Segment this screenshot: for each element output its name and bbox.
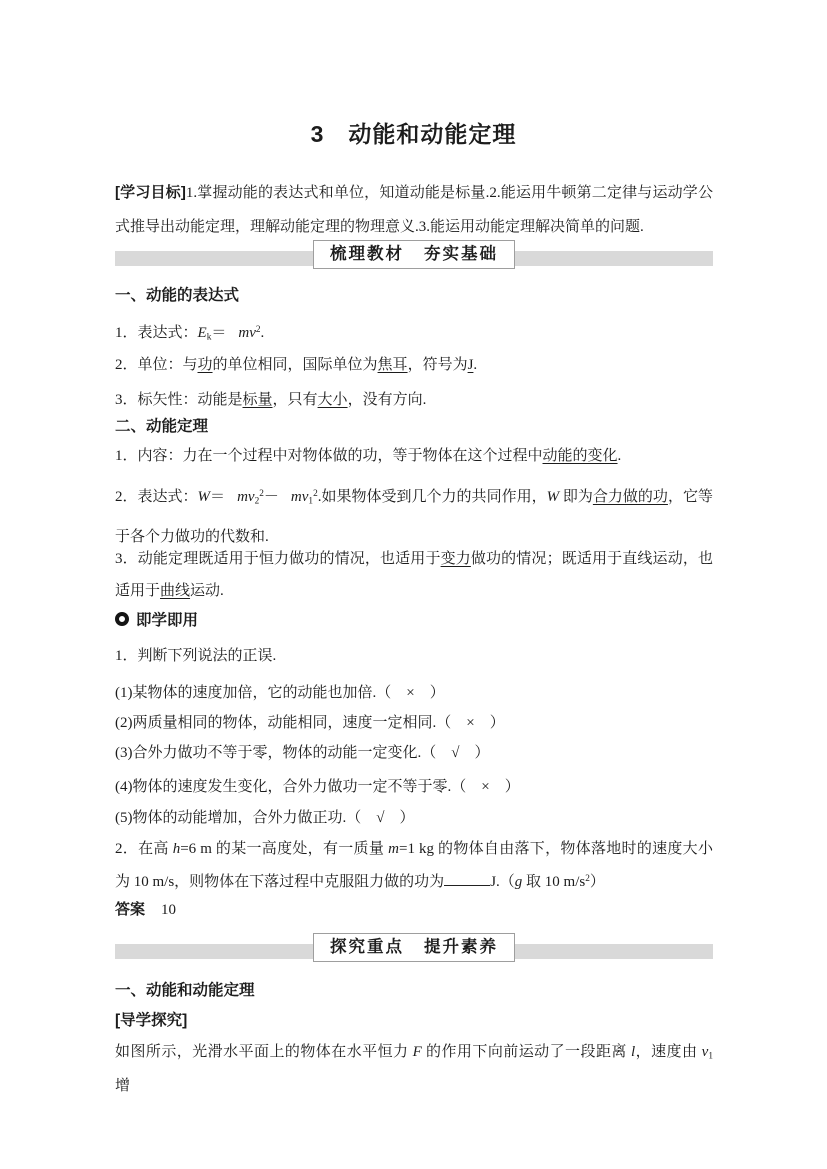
heading-kinetic-theorem: 二、动能定理 [115,412,713,442]
line-theorem-content: 1．内容：力在一个过程中对物体做的功，等于物体在这个过程中动能的变化. [115,441,713,471]
heading-kinetic-expression: 一、动能的表达式 [115,281,713,311]
judge-item-3: (3)合外力做功不等于零，物体的动能一定变化.（ √ ） [115,738,713,768]
answer-value: 10 [161,902,176,918]
judge-item-5: (5)物体的动能增加，合外力做正功.（ √ ） [115,803,713,833]
banner-right-label: 夯实基础 [424,241,498,268]
banner-box: 梳理教材 夯实基础 [313,240,515,269]
banner-left-label: 探究重点 [330,934,404,961]
explore-subheading: [导学探究] [115,1006,713,1036]
explore-intro: 如图所示，光滑水平面上的物体在水平恒力 F 的作用下向前运动了一段距离 l，速度… [115,1037,713,1101]
section-banner-explore: 探究重点 提升素养 [115,933,713,963]
line-expression-formula: 1．表达式：Ek＝mv2. [115,315,713,352]
judge-intro: 1．判断下列说法的正误. [115,641,713,671]
banner-box: 探究重点 提升素养 [313,933,515,962]
paragraph-theorem-scope: 3．动能定理既适用于恒力做功的情况，也适用于变力做功的情况；既适用于直线运动，也… [115,543,713,607]
learning-objectives: [学习目标]1.掌握动能的表达式和单位，知道动能是标量.2.能运用牛顿第二定律与… [115,176,713,244]
circle-bullet-icon [115,612,129,626]
quick-use-title: 即学即用 [136,612,198,629]
question-2: 2．在高 h=6 m 的某一高度处，有一质量 m=1 kg 的物体自由落下，物体… [115,834,713,897]
worksheet-page: { "title": "3 动能和动能定理", "objectives": { … [0,0,827,1169]
judge-item-2: (2)两质量相同的物体，动能相同，速度一定相同.（ × ） [115,708,713,738]
quick-use-header: 即学即用 [115,606,713,636]
answer-label: 答案 [115,901,145,918]
banner-right-label: 提升素养 [424,934,498,961]
line-unit: 2．单位：与功的单位相同，国际单位为焦耳，符号为J. [115,350,713,380]
page-title: 3 动能和动能定理 [0,118,827,150]
objectives-text: 1.掌握动能的表达式和单位，知道动能是标量.2.能运用牛顿第二定律与运动学公式推… [115,185,713,235]
line-scalar-property: 3．标矢性：动能是标量，只有大小，没有方向. [115,385,713,415]
explore-heading: 一、动能和动能定理 [115,976,713,1006]
banner-left-label: 梳理教材 [330,241,404,268]
answer-line: 答案10 [115,895,713,925]
objectives-label: [学习目标] [115,184,186,201]
judge-item-4: (4)物体的速度发生变化，合外力做功一定不等于零.（ × ） [115,772,713,802]
section-banner-basics: 梳理教材 夯实基础 [115,240,713,270]
judge-item-1: (1)某物体的速度加倍，它的动能也加倍.（ × ） [115,678,713,708]
